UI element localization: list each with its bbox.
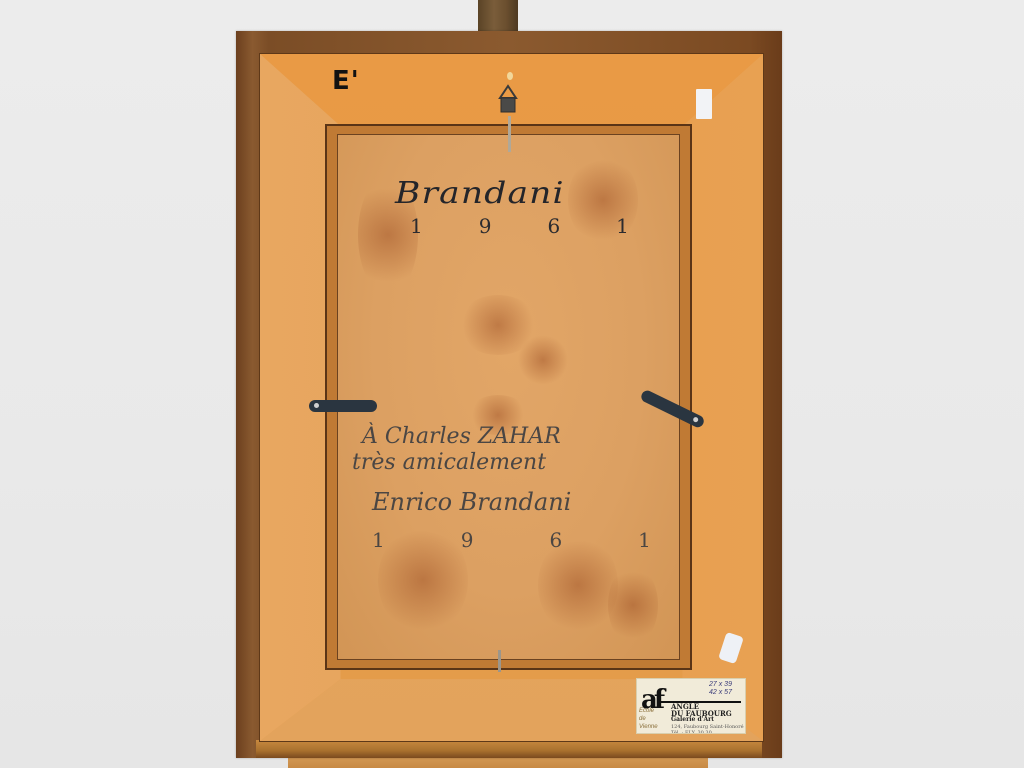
year-top: 1961 [410, 214, 685, 238]
small-white-sticker [696, 89, 712, 119]
frame-inventory-mark: E' [332, 66, 360, 96]
backboard [337, 134, 680, 660]
school-note: Ecole de Vienne [639, 707, 655, 731]
screw-icon [314, 403, 319, 408]
bottom-nail [498, 650, 501, 672]
screw-icon [692, 416, 699, 423]
gallery-phone: Tél. : ELY. 30.30 [671, 730, 744, 734]
turn-button-clip-left [309, 400, 377, 412]
stain [608, 565, 658, 645]
gallery-info: ANGLE DU FAUBOURG Galerie d'Art 124, Fau… [671, 704, 744, 734]
artist-signature-top: Brandani [395, 176, 565, 211]
dedication-line-2: très amicalement [352, 450, 546, 475]
hanger-nail [507, 72, 513, 80]
stain [518, 335, 568, 385]
dimensions-note: 27 x 39 42 x 57 [709, 681, 732, 697]
hanging-wire [508, 116, 511, 152]
year-bottom: 1961 [372, 528, 727, 552]
dedication-line-1: À Charles ZAHAR [362, 424, 561, 449]
artist-signature-full: Enrico Brandani [372, 488, 571, 516]
gallery-label: af 27 x 39 42 x 57 Ecole de Vienne ANGLE… [636, 678, 746, 734]
dimensions-line-2: 42 x 57 [709, 689, 732, 697]
sawtooth-hanger-icon [498, 84, 518, 116]
dimensions-line-1: 27 x 39 [709, 681, 732, 689]
